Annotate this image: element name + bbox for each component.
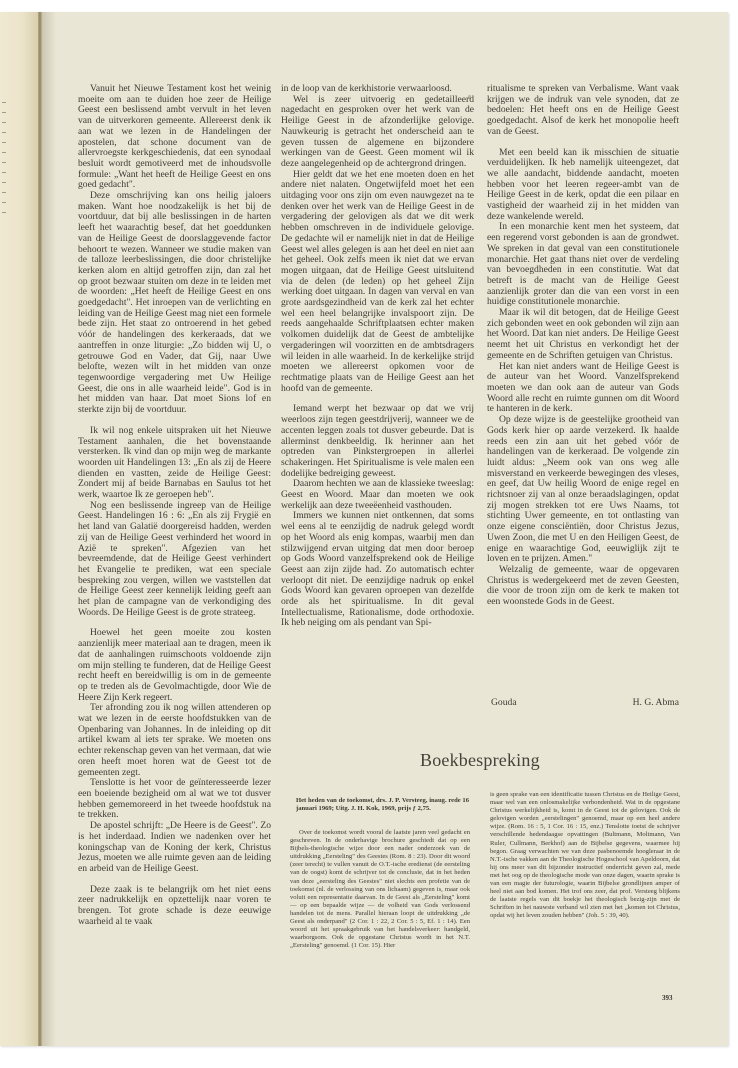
signature-place: Gouda — [487, 697, 517, 708]
fold-shadow — [42, 12, 56, 1046]
section-title: Boekbespreking — [420, 750, 540, 771]
article-column-3: ritualisme te spreken van Verbalisme. Wa… — [487, 84, 679, 608]
paragraph: Deze zaak is te belangrijk om het niet e… — [78, 885, 271, 928]
book-review-heading: Het heden van de toekomst, drs. J. P. Ve… — [296, 797, 469, 813]
paragraph: Vanuit het Nieuwe Testament kost het wei… — [78, 84, 271, 191]
paragraph: De apostel schrijft: „De Heere is de Gee… — [78, 821, 271, 875]
paragraph: Tenslotte is het voor de geïnteresseerde… — [78, 778, 271, 821]
paragraph: ritualisme te spreken van Verbalisme. Wa… — [487, 84, 679, 138]
magazine-page: Vanuit het Nieuwe Testament kost het wei… — [0, 12, 728, 1046]
paragraph: Ik wil nog enkele uitspraken uit het Nie… — [78, 426, 271, 501]
paragraph: Hier geldt dat we het ene moeten doen en… — [281, 170, 474, 395]
paragraph: Nog een beslissende ingreep van de Heili… — [78, 501, 271, 619]
book-review-column-1: Over de toekomst wordt vooral de laatste… — [290, 829, 470, 950]
paragraph: Over de toekomst wordt vooral de laatste… — [290, 829, 470, 950]
paragraph: Met een beeld kan ik misschien de situat… — [487, 148, 679, 223]
paragraph: Ter afronding zou ik nog willen attender… — [78, 703, 271, 778]
article-signature: Gouda H. G. Abma — [487, 697, 679, 708]
article-column-2: in de loop van de kerkhistorie verwaarlo… — [281, 84, 474, 629]
book-review-column-2: is geen sprake van een identificatie tus… — [490, 791, 680, 921]
page-edge-marks — [2, 102, 6, 222]
page-number: 393 — [662, 994, 673, 1002]
article-column-1: Vanuit het Nieuwe Testament kost het wei… — [78, 84, 271, 927]
signature-author: H. G. Abma — [633, 697, 679, 708]
paragraph: Deze omschrijving kan ons heilig jaloers… — [78, 191, 271, 416]
paragraph: Hoewel het geen moeite zou kosten aanzie… — [78, 628, 271, 703]
paragraph: Welzalig de gemeente, waar de opgevaren … — [487, 565, 679, 608]
paragraph: Maar ik wil dit betogen, dat de Heilige … — [487, 308, 679, 362]
paragraph: Iemand werpt het bezwaar op dat we vrij … — [281, 404, 474, 479]
paragraph: Immers we kunnen niet ontkennen, dat som… — [281, 511, 474, 629]
paragraph: Wel is zeer uitvoerig en gedetailleerd n… — [281, 95, 474, 170]
paragraph: is geen sprake van een identificatie tus… — [490, 791, 680, 921]
paragraph: Het kan niet anders want de Heilige Gees… — [487, 362, 679, 416]
paragraph: Daarom hechten we aan de klassieke twees… — [281, 479, 474, 511]
paragraph: In een monarchie kent men het systeem, d… — [487, 222, 679, 308]
paragraph: Op deze wijze is de geestelijke groothei… — [487, 415, 679, 565]
